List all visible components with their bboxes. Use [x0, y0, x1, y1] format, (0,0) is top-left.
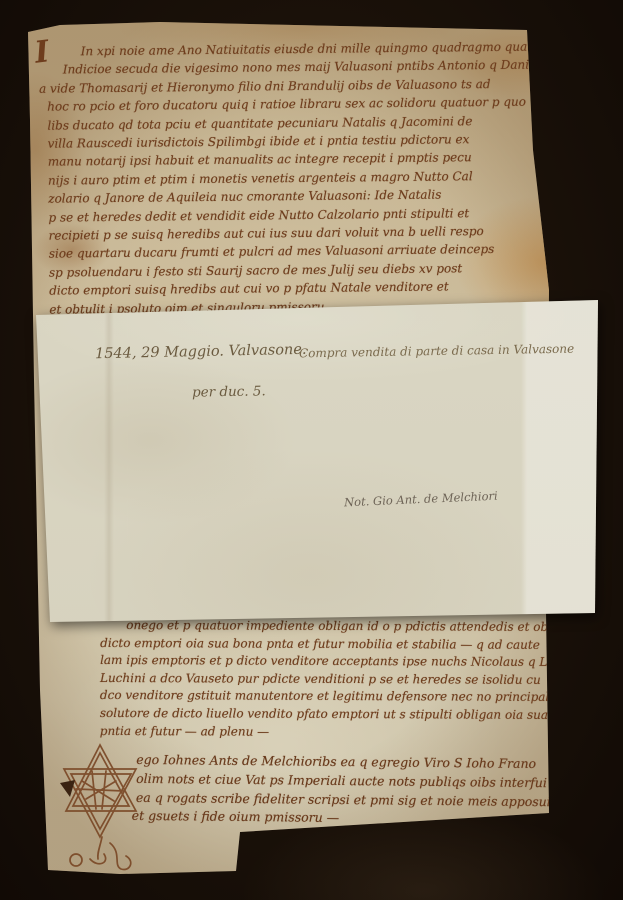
note-date-line: 1544, 29 Maggio. Valvasone. — [95, 342, 307, 362]
note-slip-wrapper: 1544, 29 Maggio. Valvasone. Compra vendi… — [0, 0, 623, 900]
manuscript-photo: I In xpi noie ame Ano Natiuitatis eiusde… — [0, 0, 623, 900]
archivist-note-sheet: 1544, 29 Maggio. Valvasone. Compra vendi… — [0, 0, 623, 900]
note-price-line: per duc. 5. — [192, 383, 266, 400]
notary-signature: Not. Gio Ant. de Melchiori — [344, 489, 498, 510]
note-subject-line: Compra vendita di parte di casa in Valva… — [299, 342, 574, 361]
